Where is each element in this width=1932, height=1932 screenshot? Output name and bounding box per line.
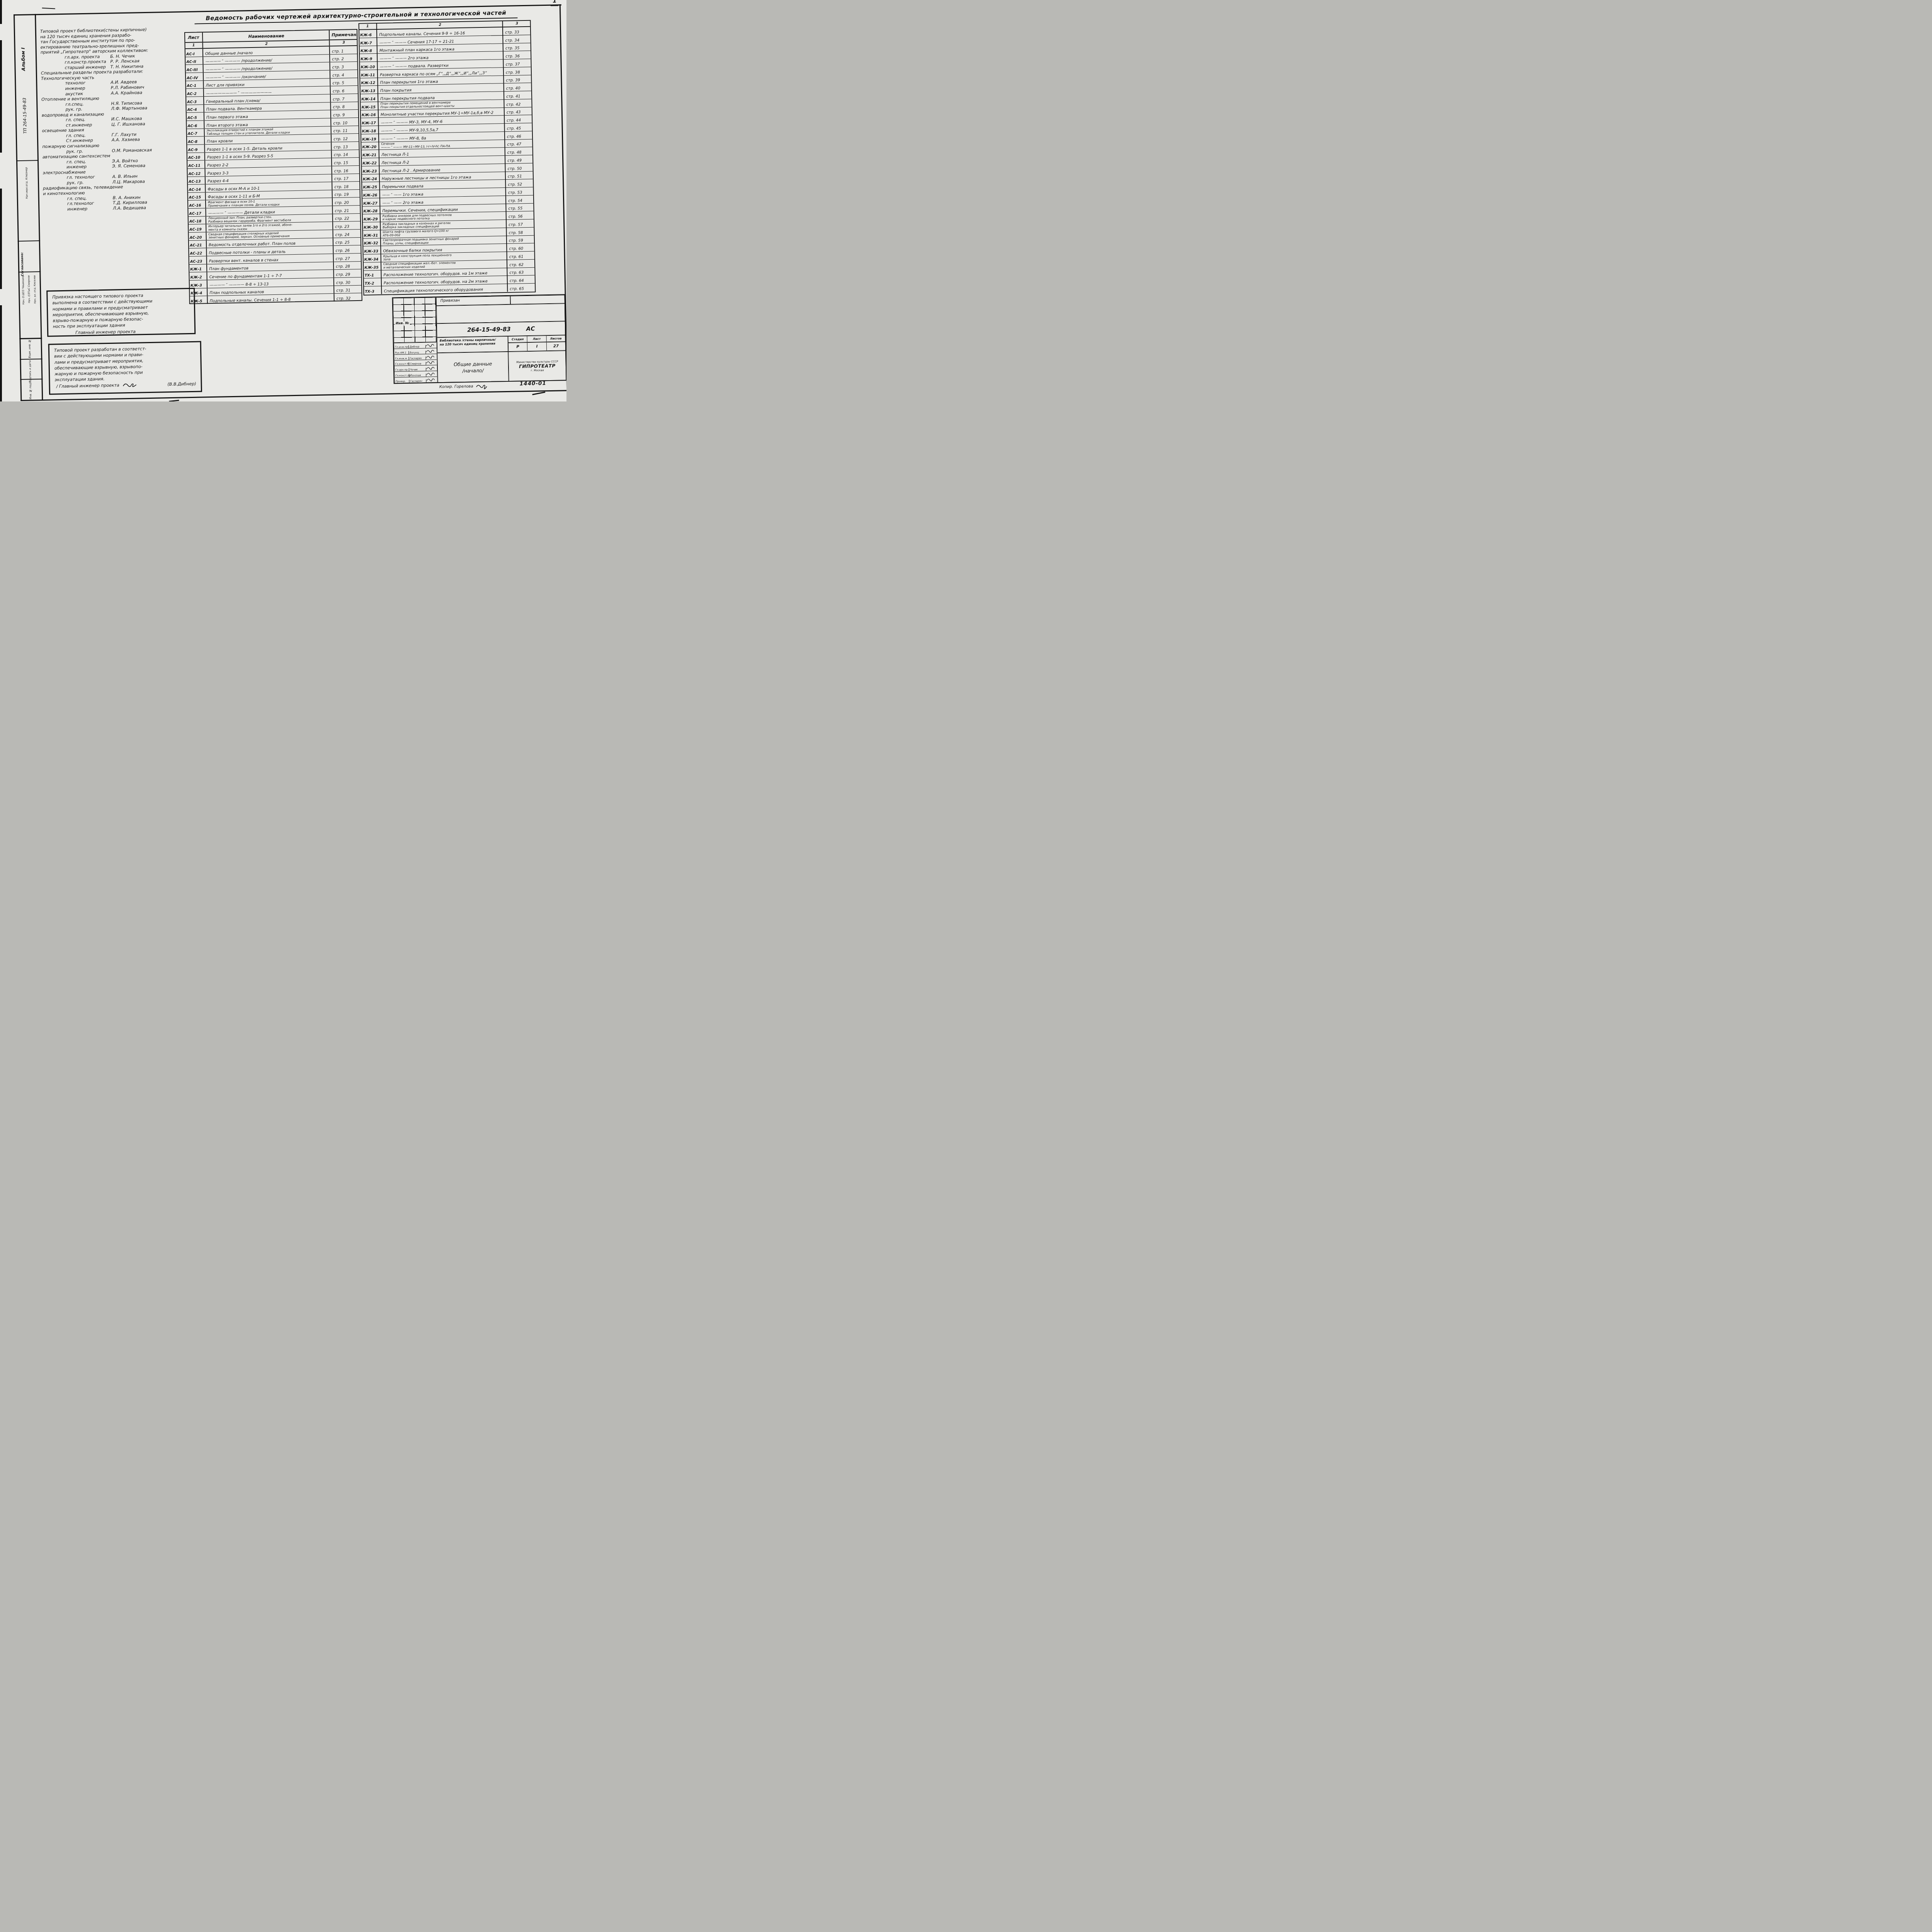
sheet-code: КЖ-23 <box>362 166 379 174</box>
page-ref: стр. 37 <box>503 59 531 67</box>
page-ref: стр. 23 <box>332 221 360 230</box>
staff-name: Гаспарян <box>409 356 426 360</box>
page-ref: стр. 62 <box>507 259 534 267</box>
page-ref: стр. 36 <box>503 51 531 59</box>
project-description: Типовой проект библиотеки(стены кирпичны… <box>40 26 189 212</box>
sheet-code: КЖ-28 <box>362 206 379 214</box>
page-ref: стр. 3 <box>329 62 357 70</box>
sheet-code: АС-13 <box>188 177 205 184</box>
drawing-title: Общие данные /начало/ <box>437 352 509 383</box>
album-label: Альбом I <box>20 48 26 71</box>
stage-values: Р I 27 <box>508 342 566 352</box>
page-ref: стр. 42 <box>503 99 531 107</box>
sidebar-divider <box>19 338 42 339</box>
sheet-code: АС-6 <box>187 121 204 128</box>
sheet-code: КЖ-26 <box>362 190 379 198</box>
col-number: 3 <box>329 40 357 46</box>
inventory-number-label: Инв. № <box>395 321 410 326</box>
sheet-code: КЖ-22 <box>362 158 379 166</box>
page-ref: стр. 39 <box>503 75 531 83</box>
page-number-underline <box>551 5 558 6</box>
sheet-code: ТХ-1 <box>364 270 381 278</box>
sheet-code: АС-9 <box>187 145 204 152</box>
sheet-code: АС-3 <box>186 97 203 104</box>
staff-role: Гл.инж.пр <box>394 345 409 349</box>
page-ref: стр. 59 <box>506 235 534 243</box>
scan-artifact <box>169 400 179 401</box>
agreed-row: Нач. ОЗПиС Смирнов <box>27 276 31 303</box>
page-ref: стр. 12 <box>331 134 359 142</box>
staff-signature <box>426 355 437 360</box>
sheet-code: КЖ-17 <box>361 118 378 126</box>
document-number-cell: 264-15-49-83 АС <box>437 321 566 337</box>
page-ref: стр. 10 <box>330 118 358 126</box>
page-ref: стр. 30 <box>333 277 361 286</box>
page-ref: стр. 24 <box>332 230 360 238</box>
sheet-code: АС-4 <box>186 105 203 112</box>
page-ref: стр. 63 <box>507 267 534 276</box>
page-ref: стр. 11 <box>330 126 358 134</box>
page-ref: стр. 44 <box>504 115 532 123</box>
page-ref: стр. 29 <box>333 269 361 277</box>
staff-signature <box>426 366 437 371</box>
scan-artifact <box>42 8 55 9</box>
empty-cell <box>436 303 565 323</box>
revision-grid: Инв. № <box>393 297 437 343</box>
page-ref: стр. 43 <box>504 107 532 115</box>
sheet-code: АС-7 <box>187 129 204 136</box>
sheet-code: КЖ-29 <box>363 214 380 222</box>
frame-stamp-label: Взам. инв. № <box>28 340 31 358</box>
sheet-code: КЖ-30 <box>363 222 380 230</box>
page-ref: стр. 49 <box>505 155 532 163</box>
page-ref: стр. 1 <box>329 46 357 54</box>
sheet-code: КЖ-12 <box>360 78 377 86</box>
page-ref: стр. 52 <box>505 179 533 187</box>
page-ref: стр. 34 <box>502 35 530 43</box>
sidebar-divider <box>18 240 40 241</box>
sheet-code: КЖ-8 <box>360 46 377 54</box>
staff-signature <box>426 361 437 366</box>
page-ref: стр. 46 <box>504 131 532 139</box>
staff-role: Гл.инж.м <box>394 357 409 360</box>
frame-stamp-label: Инв. № подл. <box>29 381 32 400</box>
page-ref: стр. 47 <box>504 139 532 147</box>
sheet-code: АС-10 <box>187 153 204 160</box>
col-number: 1 <box>359 24 376 29</box>
development-note: Типовой проект разработан в соответст- в… <box>48 341 202 395</box>
sheet-code: КЖ-25 <box>362 182 379 190</box>
sheet-code: АС-12 <box>187 168 204 176</box>
copier-line: Копир. Горелова <box>439 383 487 390</box>
page-ref: стр. 33 <box>502 27 530 35</box>
page-ref: стр. 26 <box>333 245 361 253</box>
page-ref: стр. 17 <box>332 173 359 182</box>
sheet-code: КЖ-31 <box>363 230 380 238</box>
page-ref: стр. 38 <box>503 67 531 75</box>
sidebar-divider <box>16 160 39 161</box>
page-ref: стр. 54 <box>505 195 533 203</box>
sheet-code: КЖ-20 <box>361 142 378 150</box>
page-ref: стр. 64 <box>507 276 535 284</box>
sheet-code: АС-22 <box>189 248 206 256</box>
sheet-code: КЖ-24 <box>362 174 379 182</box>
page-ref: стр. 14 <box>331 150 359 158</box>
staff-name: Гаспарян <box>410 379 427 383</box>
page-ref: стр. 53 <box>505 187 533 196</box>
sheets-value: 27 <box>546 342 565 350</box>
document-code: АС <box>526 325 535 332</box>
page-ref: стр. 18 <box>332 182 359 190</box>
sheet-code: АС-IV <box>186 73 203 80</box>
sheet-code: АС-15 <box>188 192 205 200</box>
staff-role: Провер. <box>395 380 410 383</box>
page-ref: стр. 51 <box>505 171 533 179</box>
page-ref: стр. 9 <box>330 110 358 118</box>
page-ref: стр. 50 <box>505 163 532 171</box>
staff-name: Смирнов <box>409 362 426 366</box>
sheet-code: АС-1 <box>186 81 203 88</box>
sheet-code: АС-I <box>185 49 202 56</box>
sheet-value: I <box>527 342 547 351</box>
staff-name: Ленская <box>409 374 426 377</box>
col-number: 1 <box>185 43 202 48</box>
staff-role: Гл.конст.М <box>395 362 409 366</box>
agreed-row: Нач. О.ЦОЗ Чешихина <box>21 276 25 304</box>
sheet-code: КЖ-10 <box>360 62 377 70</box>
staff-name: Дибнер <box>409 345 426 349</box>
title-block-staff: Гл.инж.пр Дибнер Рук.АМ.1 Бегунц Гл.инж.… <box>394 342 438 383</box>
agreed-label: Согласовано: <box>20 252 24 276</box>
sheet-code: КЖ-6 <box>359 30 376 38</box>
page-ref: стр. 4 <box>330 70 357 78</box>
page-ref: стр. 48 <box>505 147 532 155</box>
sheet-code: АС-8 <box>187 136 204 144</box>
staff-signature <box>426 349 437 354</box>
sheet-code: КЖ-18 <box>361 126 378 134</box>
sheet-code: КЖ-13 <box>361 86 378 94</box>
agreed-row: Нач. эл. отд. Киселев <box>33 275 36 304</box>
drawing-list-table-left: Лист Наименование Примечание 1 2 3 АС-I … <box>184 29 362 304</box>
order-number: 1440-01 <box>520 380 546 387</box>
sheet-code: АС-2 <box>186 89 203 97</box>
sheet-code: КЖ-3 <box>190 280 207 288</box>
page-ref: стр. 2 <box>329 54 357 62</box>
sheet-code: ТХ-2 <box>364 278 381 286</box>
sheet-code: АС-16 <box>188 201 205 208</box>
sidebar-divider <box>20 359 42 360</box>
binding-note: Привязка настоящего типового проекта вып… <box>46 288 196 337</box>
col-number: 3 <box>502 21 530 27</box>
page-ref: стр. 41 <box>503 91 531 99</box>
sheet-code: КЖ-33 <box>363 246 380 254</box>
page-ref: стр. 58 <box>506 227 534 235</box>
page-ref: стр. 45 <box>504 123 532 131</box>
page-ref: стр. 6 <box>330 86 358 94</box>
sign-name: (В.В.Дибнер) <box>167 381 196 388</box>
staff-signature <box>426 372 437 377</box>
page-ref: стр. 19 <box>332 190 360 198</box>
sheet-code: АС-19 <box>189 224 206 232</box>
sheet-code: КЖ-21 <box>362 150 379 158</box>
staff-role: Гл.арх.пр. <box>395 368 409 372</box>
page-ref: стр. 32 <box>333 293 361 301</box>
col-header-note: Примечание <box>329 30 357 39</box>
col-header-sheet: Лист <box>185 32 202 42</box>
sheet-code: АС-11 <box>187 160 204 168</box>
staff-role: Гл.конст.пр <box>395 374 409 378</box>
page-ref: стр. 35 <box>503 43 531 51</box>
sheet-code: АС-III <box>186 65 203 73</box>
page-ref: стр. 13 <box>331 142 359 150</box>
sheet-code: КЖ-15 <box>361 102 378 110</box>
object-title: Библиотека /стены кирпичные/ на 120 тыся… <box>437 336 509 353</box>
col-header-name: Наименование <box>202 30 329 42</box>
sheet-code: КЖ-35 <box>364 262 381 270</box>
page-ref: стр. 28 <box>333 262 361 270</box>
sheet-code: ТХ-3 <box>364 286 381 294</box>
sheet-code: КЖ-7 <box>359 38 376 46</box>
page-ref: стр. 40 <box>503 83 531 91</box>
sign-role: Главный инженер проекта <box>75 328 136 335</box>
signature-mark <box>475 383 487 389</box>
sheet-code: АС-14 <box>188 184 205 192</box>
page-ref: стр. 7 <box>330 94 358 102</box>
scan-artifact <box>532 391 545 395</box>
page-ref: стр. 65 <box>507 284 535 292</box>
sheet-code: АС-II <box>185 57 202 65</box>
sheet-code: АС-21 <box>189 240 206 248</box>
page-ref: стр. 5 <box>330 78 357 86</box>
page-ref: стр. 56 <box>506 211 534 219</box>
signature-mark <box>122 382 137 388</box>
sheet-code: КЖ-11 <box>360 70 377 78</box>
sheet-code: АС-23 <box>189 256 206 264</box>
sheet-code: КЖ-1 <box>189 264 206 272</box>
page-ref: стр. 31 <box>333 286 361 294</box>
sheet-code: КЖ-2 <box>189 272 206 280</box>
page-number: 1 <box>553 0 557 4</box>
sign-role: / Главный инженер проекта <box>56 382 119 389</box>
sheet-code: КЖ-16 <box>361 110 378 118</box>
staff-signature <box>426 378 437 383</box>
sheet-code: КЖ-32 <box>363 238 380 246</box>
page-ref: стр. 61 <box>507 252 534 260</box>
page-ref: стр. 60 <box>506 243 534 252</box>
page-ref: стр. 22 <box>332 214 360 222</box>
sheet-code: КЖ-14 <box>361 94 378 102</box>
sidebar-signature-row: Нач.мех.отд. Клюзнер <box>25 167 28 199</box>
document-number: 264-15-49-83 <box>467 326 511 333</box>
staff-name: Чечик <box>409 368 426 371</box>
page-ref: стр. 8 <box>330 102 358 110</box>
staff-row: Провер. Гаспарян <box>395 377 437 383</box>
page-ref: стр. 57 <box>506 219 534 228</box>
frame-stamp-label: Подпись и дата <box>28 361 32 383</box>
frame-line <box>14 14 22 401</box>
sheet-code: АС-17 <box>188 208 205 216</box>
staff-role: Рук.АМ.1 <box>394 351 409 354</box>
drawing-list-table-right: 1 2 3 КЖ-6 Подпольные каналы. Сечения 9-… <box>359 20 536 296</box>
page-ref: стр. 55 <box>505 203 533 211</box>
organization-cell: Министерство культуры СССР ГИПРОТЕАТР г.… <box>508 350 566 381</box>
staff-signature <box>426 343 437 348</box>
project-number-vertical: ТП 264-15-49-83 <box>22 98 28 134</box>
page-ref: стр. 16 <box>331 166 359 174</box>
stage-value: Р <box>509 343 528 351</box>
sheet-code: АС-18 <box>189 216 206 224</box>
sheet-code: АС-5 <box>187 113 204 121</box>
sheet-code: КЖ-34 <box>364 254 381 262</box>
page-ref: стр. 21 <box>332 206 360 214</box>
empty-cell <box>510 295 565 304</box>
sheet-code: КЖ-9 <box>360 54 377 62</box>
page-ref: стр. 20 <box>332 197 360 206</box>
page-ref: стр. 15 <box>331 158 359 166</box>
scanned-drawing-sheet: Альбом I ТП 264-15-49-83 Нач.мех.отд. Кл… <box>0 0 566 401</box>
sheet-code: КЖ-27 <box>362 198 379 206</box>
sheet-code: АС-20 <box>189 232 206 240</box>
page-ref: стр. 25 <box>333 238 361 246</box>
organization-city: г. Москва <box>509 368 566 372</box>
title-block: Инв. № Гл.инж.пр Дибнер Рук.АМ.1 Бегунц <box>392 294 566 384</box>
page-ref: стр. 27 <box>333 253 361 262</box>
sheet-code: КЖ-19 <box>361 134 378 142</box>
staff-name: Бегунц <box>409 351 426 354</box>
